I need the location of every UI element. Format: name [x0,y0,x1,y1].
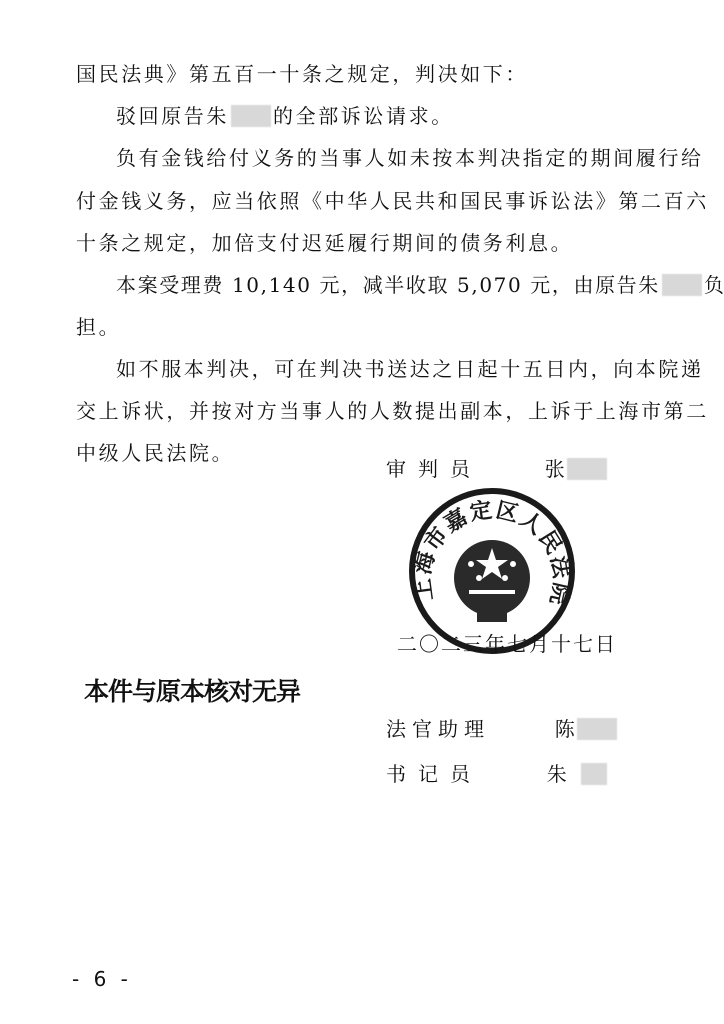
judge-name: 张 [545,457,565,481]
clerk-name: 朱 [547,762,567,786]
assistant-signature: 法官助理 陈 [386,717,619,741]
text-line: 十条之规定，加倍支付迟延履行期间的债务利息。 [76,231,573,255]
text-line: 交上诉状，并按对方当事人的人数提出副本，上诉于上海市第二 [76,399,709,423]
judge-label: 审判员 [386,457,482,481]
redacted-name [231,105,271,127]
text-line: 国民法典》第五百一十条之规定，判决如下： [76,62,528,86]
assistant-name: 陈 [555,717,575,741]
assistant-label: 法官助理 [386,717,490,741]
text-line: 驳回原告朱的全部诉讼请求。 [116,104,454,128]
page-number: - 6 - [72,967,132,991]
text-fragment: 驳回原告朱 [116,104,229,128]
text-line: 付金钱义务，应当依照《中华人民共和国民事诉讼法》第二百六 [76,189,709,213]
text-line: 负有金钱给付义务的当事人如未按本判决指定的期间履行给 [116,146,704,170]
redacted-name [567,458,607,480]
text-line: 担。 [76,315,121,339]
redacted-name [577,718,617,740]
text-line: 中级人民法院。 [76,441,234,465]
text-fragment: 本案受理费 10,140 元，减半收取 5,070 元，由原告朱 [116,273,660,297]
text-fragment: 的全部诉讼请求。 [273,104,454,128]
redacted-name [581,763,607,785]
verification-stamp: 本件与原本核对无异 [84,672,300,708]
text-line: 如不服本判决，可在判决书送达之日起十五日内，向本院递 [116,357,704,381]
text-line: 本案受理费 10,140 元，减半收取 5,070 元，由原告朱负 [116,273,724,297]
clerk-signature: 书记员 朱 [386,762,609,786]
judgment-date: 二〇二三年七月十七日 [397,628,617,657]
clerk-label: 书记员 [386,762,482,786]
text-fragment: 负 [704,273,724,297]
judge-signature: 审判员 张 [386,457,609,481]
redacted-name [662,274,702,296]
